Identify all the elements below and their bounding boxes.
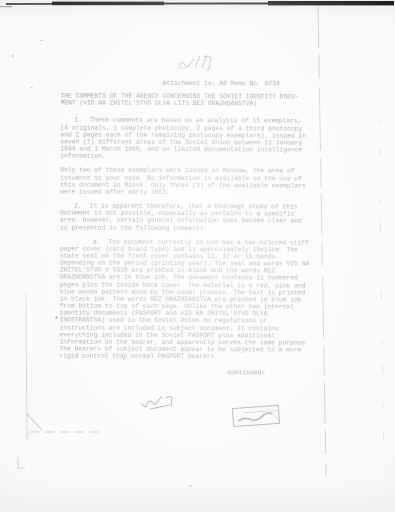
- fold-line-right: [318, 6, 326, 476]
- paragraph-text: These comments are based on an analysis …: [60, 117, 306, 160]
- paragraph-1: 1.These comments are based on an analysi…: [60, 117, 312, 161]
- typewritten-text-block: Attachment to: AB Memo No. 8734 THE COMM…: [59, 77, 312, 377]
- paragraph-number: 1.: [74, 117, 82, 124]
- asterisk-margin-note: *: [54, 316, 59, 325]
- attachment-line: Attachment to: AB Memo No. 8734: [163, 80, 313, 88]
- paragraph-4-subitem-a: a.The document currently in use has a ta…: [59, 238, 312, 361]
- pencil-marks-bottom-left: [18, 414, 106, 468]
- paragraph-3: 2.It is apparent therefore, that a thoro…: [60, 202, 312, 232]
- document-title: THE COMMENTS OF THE AGENCY CONCERNING TH…: [61, 93, 313, 108]
- fold-line-far-right: [379, 120, 384, 482]
- paragraph-number: 2.: [74, 203, 82, 210]
- handwritten-initials: [141, 396, 172, 409]
- paragraph-text: It is apparent therefore, that a thoroug…: [60, 203, 302, 232]
- scanned-document-page: Attachment to: AB Memo No. 8734 THE COMM…: [0, 0, 395, 512]
- document-title-line-2: MENT (VID NA ZHITEL'STVO DLYA LITS BEZ G…: [61, 100, 313, 108]
- scan-edge-strip: [0, 1, 394, 7]
- paragraph-number: a.: [93, 238, 101, 245]
- stamp-box: [232, 405, 279, 426]
- fold-line-left: [26, 294, 27, 440]
- paragraph-2: Only two of these exemplars were issued …: [60, 167, 312, 197]
- handwritten-note-top: [178, 55, 211, 70]
- paragraph-text: Only two of these exemplars were issued …: [60, 167, 306, 196]
- continued-label: continued/: [227, 369, 311, 377]
- paragraph-text: The document currently in use has a tan-…: [59, 238, 309, 360]
